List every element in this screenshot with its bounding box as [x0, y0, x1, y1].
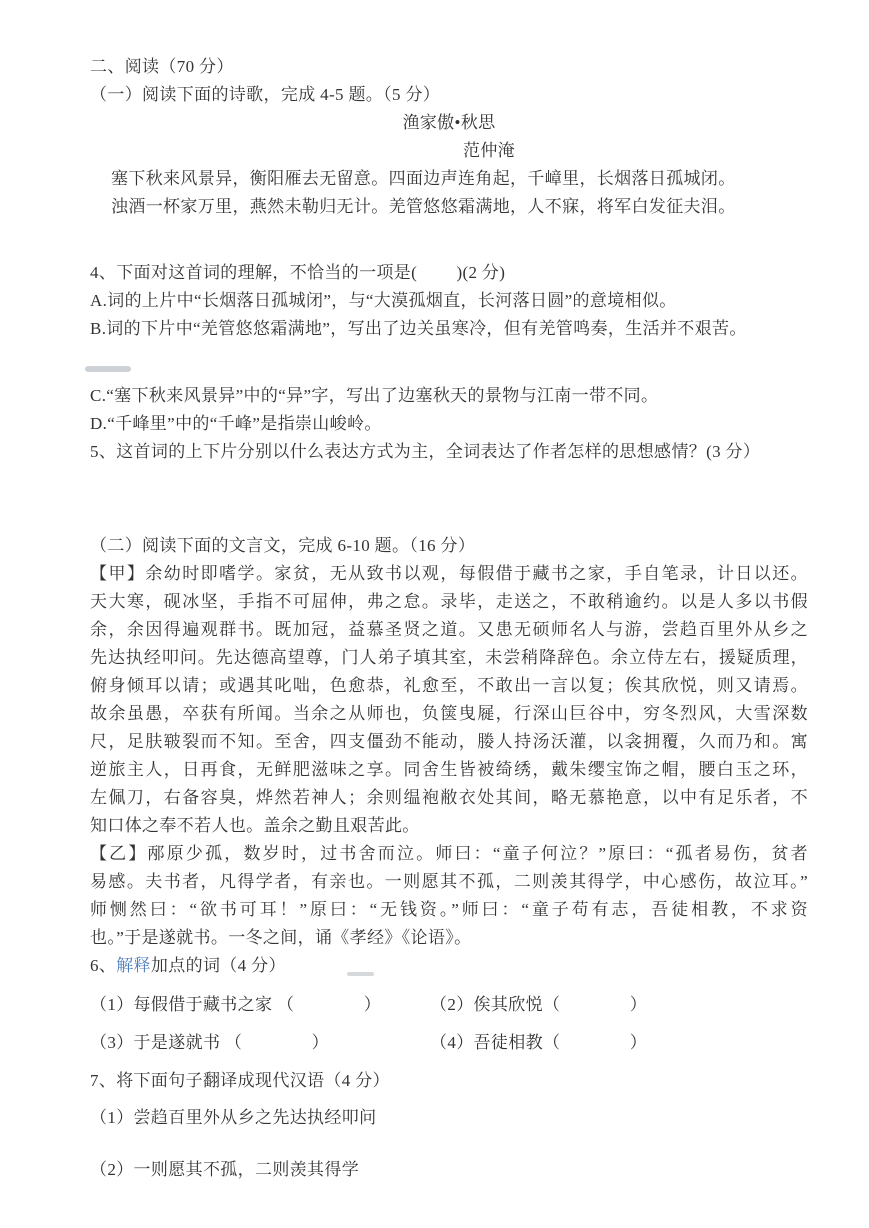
passage-yi-line-2: 易感。夫书者，凡得学者，有亲也。一则愿其不孤，二则羡其得学，中心感伤，故泣耳。” — [90, 868, 808, 896]
passage-jia-line-6: 故余虽愚，卒获有所闻。当余之从师也，负箧曳屣，行深山巨谷中，穷冬烈风，大雪深数 — [90, 700, 808, 728]
question-6-item-4: （4）吾徒相教（ ） — [430, 1029, 808, 1057]
question-4-option-b: B.词的下片中“羌管悠悠霜满地”，写出了边关虽寒冷，但有羌管鸣奏，生活并不艰苦。 — [90, 315, 808, 343]
poem-line-2: 浊酒一杯家万里，燕然未勒归无计。羌管悠悠霜满地，人不寐，将军白发征夫泪。 — [90, 193, 808, 221]
question-4-option-a: A.词的上片中“长烟落日孤城闭”，与“大漠孤烟直，长河落日圆”的意境相似。 — [90, 287, 808, 315]
question-6-row-2: （3）于是遂就书 （ ） （4）吾徒相教（ ） — [90, 1029, 808, 1057]
question-6-link-word[interactable]: 解释 — [116, 956, 151, 975]
passage-yi-line-4: 也。”于是遂就书。一冬之间，诵《孝经》《论语》。 — [90, 924, 808, 952]
question-4-option-d: D.“千峰里”中的“千峰”是指崇山峻岭。 — [90, 410, 808, 438]
passage-yi-line-1: 【乙】邴原少孤，数岁时，过书舍而泣。师曰：“童子何泣？”原曰：“孤者易伤，贫者 — [90, 840, 808, 868]
question-7-stem: 7、将下面句子翻译成现代汉语（4 分） — [90, 1067, 808, 1095]
poem-title: 渔家傲•秋思 — [90, 109, 808, 137]
passage-jia-line-2: 天大寒，砚冰坚，手指不可屈伸，弗之怠。录毕，走送之，不敢稍逾约。以是人多以书假 — [90, 588, 808, 616]
passage-jia-line-3: 余，余因得遍观群书。既加冠，益慕圣贤之道。又患无硕师名人与游，尝趋百里外从乡之 — [90, 616, 808, 644]
part2-heading: （二）阅读下面的文言文，完成 6-10 题。（16 分） — [90, 532, 808, 560]
question-6-stem: 6、解释加点的词（4 分） — [90, 952, 808, 980]
document-content: 二、阅读（70 分） （一）阅读下面的诗歌，完成 4-5 题。（5 分） 渔家傲… — [90, 53, 808, 1184]
exam-document-page: 二、阅读（70 分） （一）阅读下面的诗歌，完成 4-5 题。（5 分） 渔家傲… — [0, 0, 869, 1228]
passage-yi-line-3: 师恻然曰：“欲书可耳！”原曰：“无钱资。”师曰：“童子苟有志，吾徒相教，不求资 — [90, 896, 808, 924]
poem-author: 范仲淹 — [90, 137, 808, 165]
question-7-item-2: （2）一则愿其不孤，二则羡其得学 — [90, 1156, 808, 1184]
question-4-option-c: C.“塞下秋来风景异”中的“异”字，写出了边塞秋天的景物与江南一带不同。 — [90, 382, 808, 410]
question-6-item-3: （3）于是遂就书 （ ） — [90, 1029, 430, 1057]
question-5-stem: 5、这首词的上下片分别以什么表达方式为主，全词表达了作者怎样的思想感情？(3 分… — [90, 438, 808, 466]
passage-jia-line-10: 知口体之奉不若人也。盖余之勤且艰苦此。 — [90, 812, 808, 840]
question-4-stem: 4、下面对这首词的理解，不恰当的一项是( )(2 分) — [90, 259, 808, 287]
question-6-number: 6、 — [90, 956, 116, 975]
question-6-text: 加点的词（4 分） — [151, 956, 286, 975]
passage-jia-line-5: 俯身倾耳以请；或遇其叱咄，色愈恭，礼愈至，不敢出一言以复；俟其欣悦，则又请焉。 — [90, 672, 808, 700]
poem-line-1: 塞下秋来风景异，衡阳雁去无留意。四面边声连角起，千嶂里，长烟落日孤城闭。 — [90, 165, 808, 193]
passage-jia-line-9: 左佩刀，右备容臭，烨然若神人；余则缊袍敝衣处其间，略无慕艳意，以中有足乐者，不 — [90, 784, 808, 812]
question-6-row-1: （1）每假借于藏书之家 （ ） （2）俟其欣悦（ ） — [90, 991, 808, 1019]
passage-jia-line-8: 逆旅主人，日再食，无鲜肥滋味之享。同舍生皆被绮绣，戴朱缨宝饰之帽，腰白玉之环， — [90, 756, 808, 784]
section-reading-heading: 二、阅读（70 分） — [90, 53, 808, 81]
passage-jia-line-1: 【甲】余幼时即嗜学。家贫，无从致书以观，每假借于藏书之家，手自笔录，计日以还。 — [90, 560, 808, 588]
question-7-item-1: （1）尝趋百里外从乡之先达执经叩问 — [90, 1104, 808, 1132]
passage-jia-line-7: 尺，足肤皲裂而不知。至舍，四支僵劲不能动，媵人持汤沃灌，以衾拥覆，久而乃和。寓 — [90, 728, 808, 756]
passage-jia-line-4: 先达执经叩问。先达德高望尊，门人弟子填其室，未尝稍降辞色。余立侍左右，援疑质理， — [90, 644, 808, 672]
question-6-item-2: （2）俟其欣悦（ ） — [430, 991, 808, 1019]
part1-heading: （一）阅读下面的诗歌，完成 4-5 题。（5 分） — [90, 81, 808, 109]
question-6-item-1: （1）每假借于藏书之家 （ ） — [90, 991, 430, 1019]
